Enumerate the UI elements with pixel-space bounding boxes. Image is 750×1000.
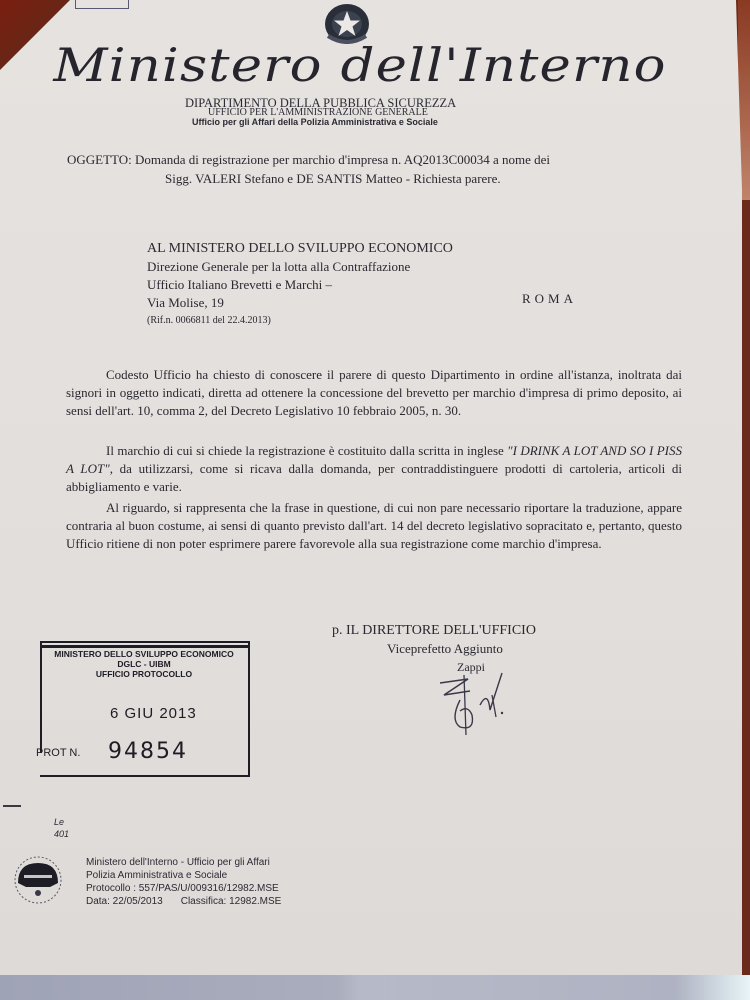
addressee-reference: (Rif.n. 0066811 del 22.4.2013) [147, 312, 453, 330]
ministry-seal-icon [8, 855, 68, 905]
stamp-protocol-number: 94854 [108, 739, 188, 764]
top-reference-left: 0066811 - 3/2 [75, 0, 129, 9]
photo-background-bottom [0, 975, 750, 1000]
addressee-line: Via Molise, 19 [147, 294, 453, 312]
letterhead-title: Ministero dell'Interno [4, 38, 717, 92]
addressee-city: ROMA [522, 291, 577, 307]
margin-handwritten-note: Le 401 [54, 816, 69, 840]
footer-protocol-info: Ministero dell'Interno - Ufficio per gli… [86, 856, 281, 908]
signature-role: Viceprefetto Aggiunto [332, 640, 536, 658]
top-reference-right: MSE [600, 0, 613, 2]
letter-page: 0066811 - 3/2 MSE Ministero dell'Interno… [0, 0, 742, 975]
stamp-protocol-label: PROT N. [36, 747, 80, 759]
signature-title: p. IL DIRETTORE DELL'UFFICIO [332, 622, 536, 640]
body-paragraph-2: Il marchio di cui si chiede la registraz… [66, 442, 682, 496]
margin-mark [3, 805, 21, 807]
body-paragraph-3: Al riguardo, si rappresenta che la frase… [66, 499, 682, 553]
subject-block: OGGETTO: Domanda di registrazione per ma… [67, 150, 667, 188]
body-paragraph-1: Codesto Ufficio ha chiesto di conoscere … [66, 366, 682, 420]
addressee-line: Ufficio Italiano Brevetti e Marchi – [147, 276, 453, 294]
protocol-stamp: MINISTERO DELLO SVILUPPO ECONOMICO DGLC … [40, 641, 250, 777]
addressee-block: AL MINISTERO DELLO SVILUPPO ECONOMICO Di… [147, 240, 453, 330]
stamp-date: 6 GIU 2013 [110, 705, 197, 722]
addressee-line: Direzione Generale per la lotta alla Con… [147, 258, 453, 276]
stamp-header: MINISTERO DELLO SVILUPPO ECONOMICO DGLC … [40, 645, 248, 679]
subject-line2: Sigg. VALERI Stefano e DE SANTIS Matteo … [67, 169, 667, 188]
subject-label: OGGETTO: [67, 152, 132, 167]
handwritten-signature-icon [430, 665, 530, 740]
subject-line1: Domanda di registrazione per marchio d'i… [135, 152, 550, 167]
letterhead-sub-office: Ufficio per gli Affari della Polizia Amm… [192, 117, 438, 127]
addressee-line: AL MINISTERO DELLO SVILUPPO ECONOMICO [147, 240, 453, 258]
